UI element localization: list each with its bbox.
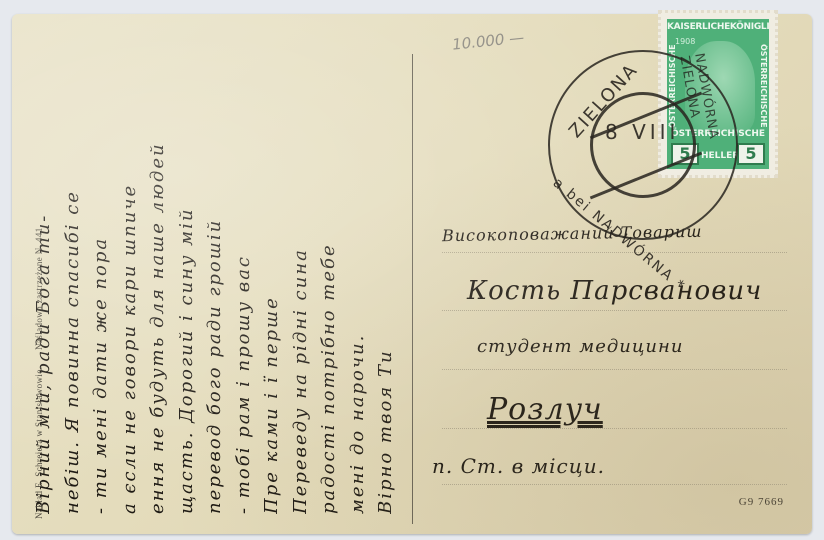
address-dotted-line [442, 428, 787, 429]
handwritten-message: Вірний мій, ради Бога ти- небіш. Я повин… [30, 44, 400, 514]
message-line: мені до нарочи. [344, 44, 373, 514]
address-dotted-line [442, 484, 787, 485]
stamp-top-text: KAISERLICHEKÖNIGLICHE [667, 22, 769, 32]
message-address-divider [412, 54, 413, 524]
message-line: - ти мені дати же пора [87, 44, 116, 514]
message-line: щасть. Дорогий і сину мій [173, 44, 202, 514]
message-line: ення не будуть для наше людей [144, 44, 173, 514]
address-dotted-line [442, 369, 787, 370]
message-line: Пре ками і ї перше [258, 44, 287, 514]
address-line-town: Розлуч [487, 392, 603, 427]
message-line: а єсли не говори кари шпиче [116, 44, 145, 514]
message-line: - тобі рам і прошу вас [230, 44, 259, 514]
serial-number: G9 7669 [739, 496, 784, 508]
message-line: радості потрібно тебе [315, 44, 344, 514]
publisher-line: Nakład E. Schreiera w Stanisławowie. [34, 367, 44, 519]
stamp-value-right: 5 [737, 143, 765, 165]
address-line-title: студент медицини [477, 336, 683, 357]
reproduction-notice: Naśladown zastrzeżone N. 441 [34, 227, 44, 350]
address-dotted-line [442, 252, 787, 253]
address-dotted-line [442, 310, 787, 311]
message-line: небіш. Я повинна спасибі се [59, 44, 88, 514]
address-line-name: Кость Парсванович [467, 276, 762, 306]
address-line-post: п. Ст. в місци. [432, 454, 605, 478]
postmark-date: 8 VIII [605, 120, 679, 144]
message-line: перевод бого ради грошій [201, 44, 230, 514]
pencil-price-note: 10.000 — [451, 28, 525, 53]
publisher-imprint: Nakład E. Schreiera w Stanisławowie. Naś… [34, 213, 44, 519]
stamp-right-text: ÖSTERREICHISCHE [756, 39, 768, 133]
message-line: Вірно твоя Ти [372, 44, 401, 514]
message-line: Переведу на рідні сина [287, 44, 316, 514]
